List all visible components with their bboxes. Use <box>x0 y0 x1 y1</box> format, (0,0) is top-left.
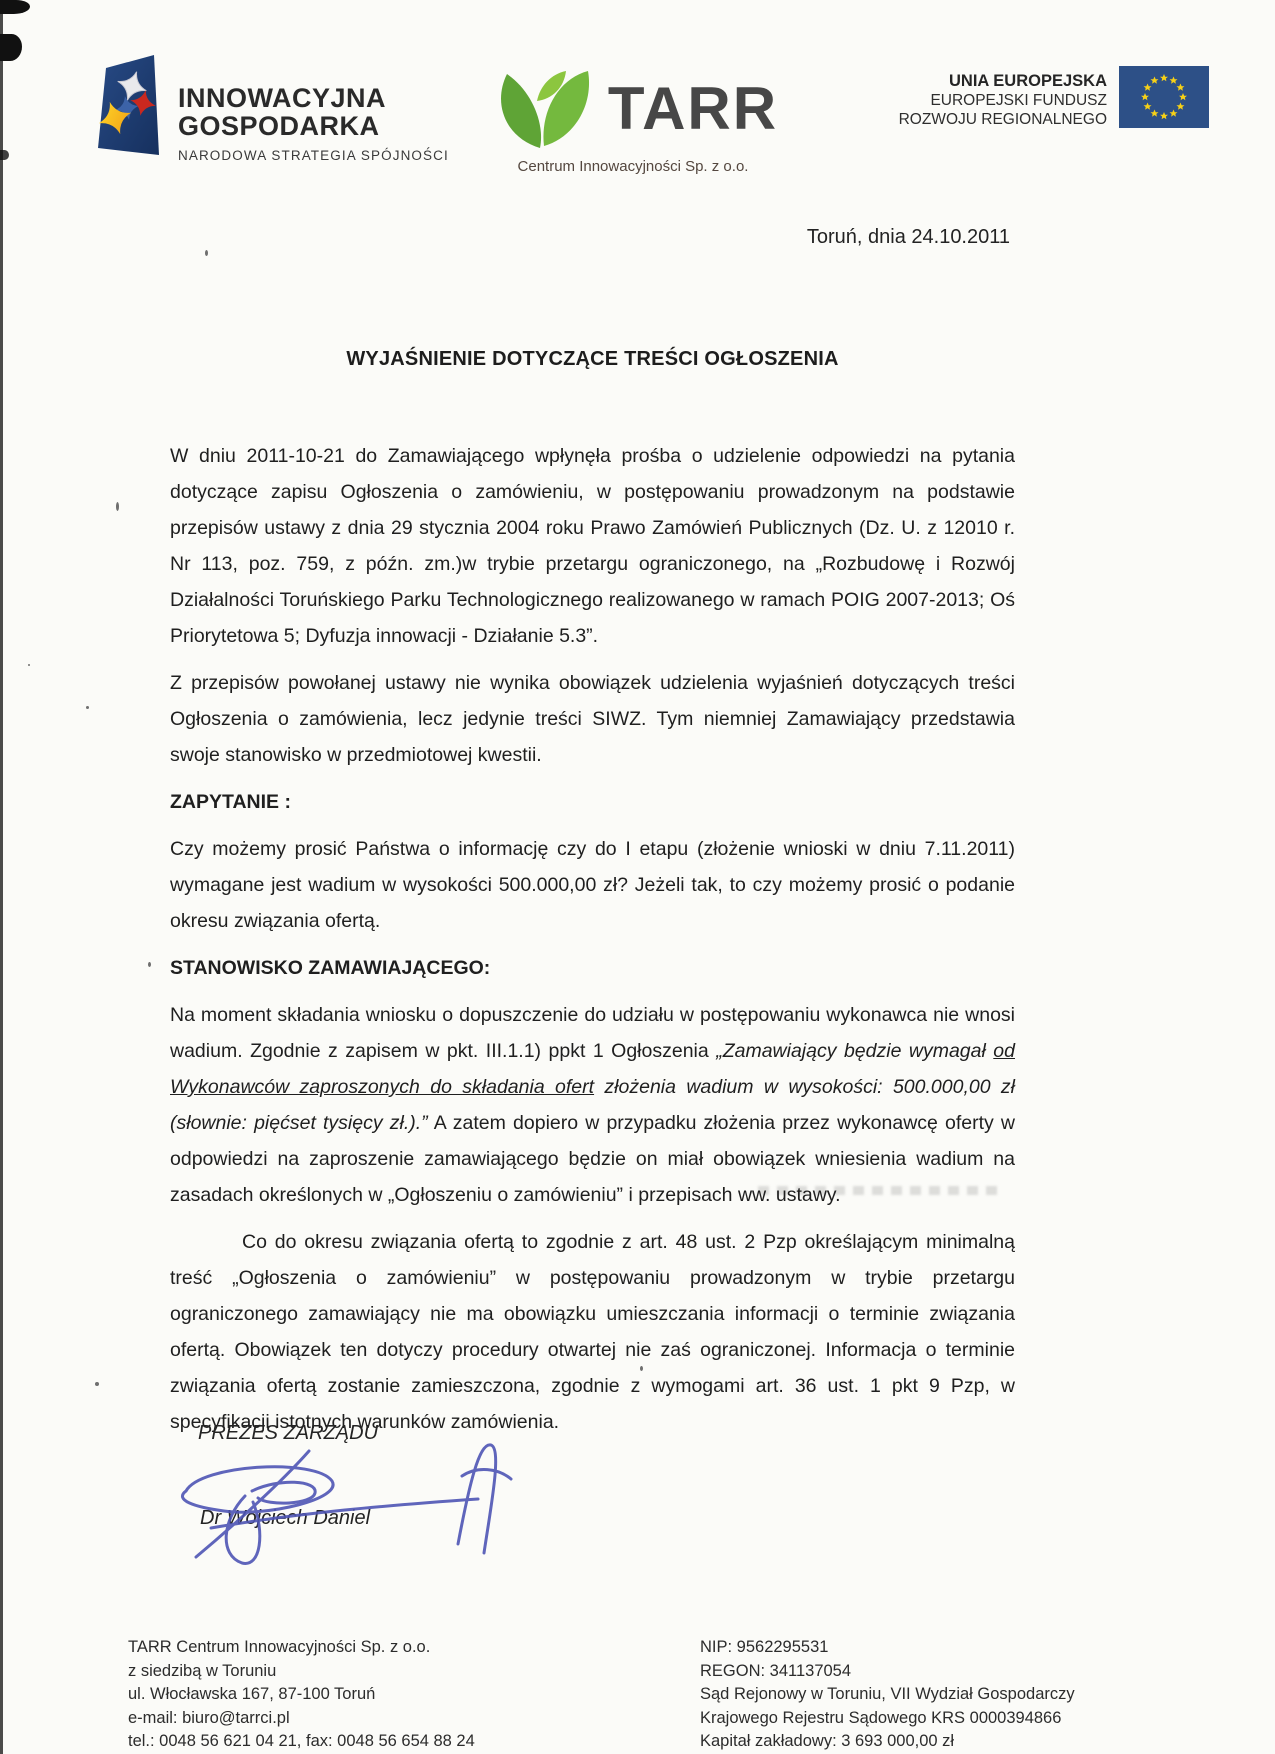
eu-flag-icon <box>1119 66 1209 128</box>
heading-zapytanie: ZAPYTANIE : <box>170 784 1015 820</box>
position-segment-italic: „Zamawiający będzie wymagał <box>716 1040 993 1062</box>
footer-registry-details: NIP: 9562295531 REGON: 341137054 Sąd Rej… <box>700 1636 1075 1754</box>
paragraph-deadline: Co do okresu związania ofertą to zgodnie… <box>170 1224 1015 1440</box>
paragraph-legal-note: Z przepisów powołanej ustawy nie wynika … <box>170 665 1015 773</box>
scanned-letter-page: INNOWACYJNA GOSPODARKA NARODOWA STRATEGI… <box>0 0 1275 1754</box>
tarr-logo: TARR Centrum Innowacyjności Sp. z o.o. <box>478 66 788 175</box>
scan-speck <box>116 502 119 511</box>
eu-logo-line2: EUROPEJSKI FUNDUSZ <box>899 91 1107 110</box>
scan-speck <box>86 706 89 709</box>
scan-artifact-blob <box>0 0 30 14</box>
signature-block: PREZES ZARZĄDU Dr Wojciech Daniel <box>170 1422 590 1530</box>
document-title: WYJAŚNIENIE DOTYCZĄCE TREŚCI OGŁOSZENIA <box>170 348 1015 371</box>
paragraph-question: Czy możemy prosić Państwa o informację c… <box>170 831 1015 939</box>
letter-body: W dniu 2011-10-21 do Zamawiającego wpłyn… <box>170 438 1015 1451</box>
scan-speck <box>148 962 151 967</box>
footer-line: REGON: 341137054 <box>700 1660 1075 1684</box>
handwritten-signature <box>156 1436 536 1566</box>
footer-line: z siedzibą w Toruniu <box>128 1660 475 1684</box>
tarr-leaves-icon <box>488 66 600 152</box>
tarr-logo-subtitle: Centrum Innowacyjności Sp. z o.o. <box>478 158 788 175</box>
scan-speck <box>28 664 30 666</box>
footer-line: Sąd Rejonowy w Toruniu, VII Wydział Gosp… <box>700 1683 1075 1707</box>
date-line: Toruń, dnia 24.10.2011 <box>807 226 1010 249</box>
scan-artifact-left-edge <box>0 0 3 1754</box>
footer-line: tel.: 0048 56 621 04 21, fax: 0048 56 65… <box>128 1730 475 1754</box>
paragraph-intro: W dniu 2011-10-21 do Zamawiającego wpłyn… <box>170 438 1015 654</box>
paragraph-position: Na moment składania wniosku o dopuszczen… <box>170 997 1015 1213</box>
ig-flag-icon <box>92 52 164 160</box>
footer-line: NIP: 9562295531 <box>700 1636 1075 1660</box>
heading-stanowisko: STANOWISKO ZAMAWIAJĄCEGO: <box>170 950 1015 986</box>
scan-speck <box>205 250 208 256</box>
scan-speck <box>95 1382 99 1386</box>
footer-line: Krajowego Rejestru Sądowego KRS 00003948… <box>700 1707 1075 1731</box>
footer-line: Kapitał zakładowy: 3 693 000,00 zł <box>700 1730 1075 1754</box>
ig-logo-line1: INNOWACYJNA <box>178 84 449 112</box>
footer-line: TARR Centrum Innowacyjności Sp. z o.o. <box>128 1636 475 1660</box>
eu-logo: UNIA EUROPEJSKA EUROPEJSKI FUNDUSZ ROZWO… <box>899 66 1209 129</box>
eu-logo-line3: ROZWOJU REGIONALNEGO <box>899 110 1107 129</box>
scan-artifact-blob <box>0 34 22 61</box>
innowacyjna-gospodarka-logo: INNOWACYJNA GOSPODARKA NARODOWA STRATEGI… <box>92 52 449 163</box>
tarr-logo-text: TARR <box>608 79 778 139</box>
footer-line: e-mail: biuro@tarrci.pl <box>128 1707 475 1731</box>
eu-logo-line1: UNIA EUROPEJSKA <box>899 72 1107 91</box>
ig-logo-line2: GOSPODARKA <box>178 112 449 140</box>
ig-logo-line3: NARODOWA STRATEGIA SPÓJNOŚCI <box>178 148 449 163</box>
footer-company-details: TARR Centrum Innowacyjności Sp. z o.o. z… <box>128 1636 475 1754</box>
scan-artifact-blob <box>0 150 9 160</box>
footer-line: ul. Włocławska 167, 87-100 Toruń <box>128 1683 475 1707</box>
